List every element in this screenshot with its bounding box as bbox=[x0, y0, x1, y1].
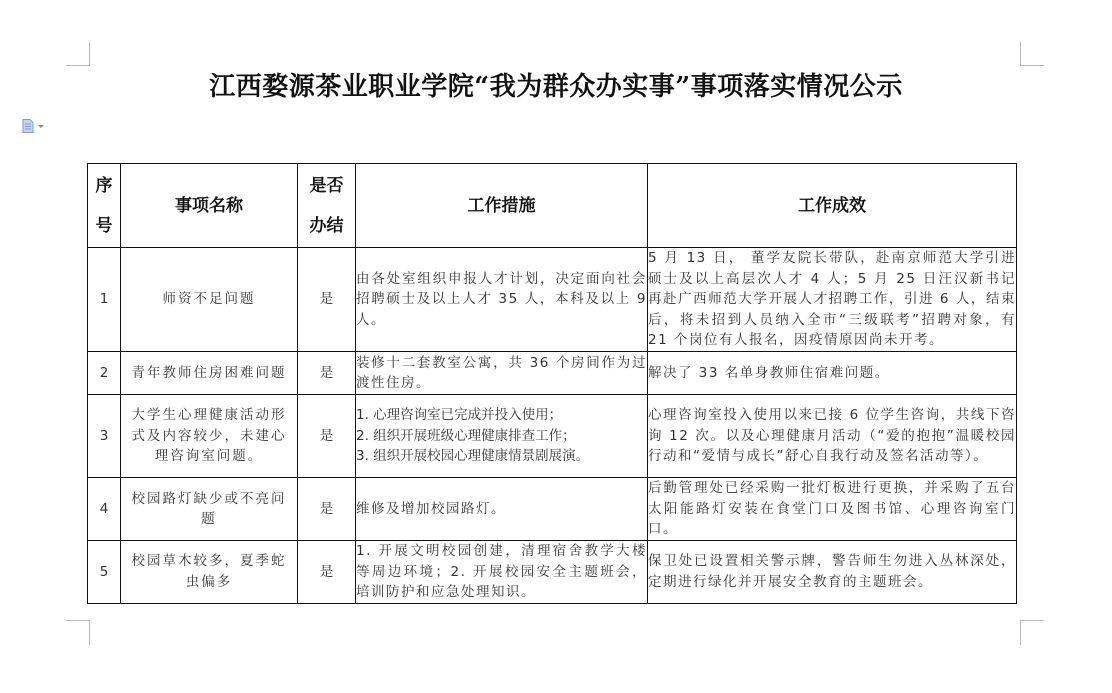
row-item-name: 师资不足问题 bbox=[121, 248, 298, 352]
row-measures: 维修及增加校园路灯。 bbox=[356, 478, 648, 541]
row-measures: 1. 心理咨询室已完成并投入使用； 2. 组织开展班级心理健康排查工作； 3. … bbox=[356, 395, 648, 478]
row-completed: 是 bbox=[298, 395, 356, 478]
row-completed: 是 bbox=[298, 248, 356, 352]
row-results: 保卫处已设置相关警示牌，警告师生勿进入丛林深处，定期进行绿化并开展安全教育的主题… bbox=[648, 541, 1017, 604]
chevron-down-icon bbox=[38, 125, 44, 128]
row-completed: 是 bbox=[298, 541, 356, 604]
row-measures: 装修十二套教室公寓，共 36 个房间作为过渡性住房。 bbox=[356, 352, 648, 395]
table-row: 4 校园路灯缺少或不亮问题 是 维修及增加校园路灯。 后勤管理处已经采购一批灯板… bbox=[88, 478, 1017, 541]
measure-line: 3. 组织开展校园心理健康情景剧展演。 bbox=[356, 446, 647, 467]
page-corner-mark-bottom-left bbox=[66, 620, 90, 645]
row-results: 5 月 13 日， 董学友院长带队，赴南京师范大学引进硕士及以上高层次人才 4 … bbox=[648, 248, 1017, 352]
table-header-row: 序 号 事项名称 是否 办结 工作措施 工作成效 bbox=[88, 164, 1017, 248]
row-completed: 是 bbox=[298, 478, 356, 541]
row-item-name: 校园路灯缺少或不亮问题 bbox=[121, 478, 298, 541]
table-row: 3 大学生心理健康活动形式及内容较少，未建心理咨询室问题。 是 1. 心理咨询室… bbox=[88, 395, 1017, 478]
document-icon bbox=[22, 119, 34, 133]
row-index: 1 bbox=[88, 248, 121, 352]
row-measures: 1. 开展文明校园创建，清理宿舍教学大楼等周边环境；2. 开展校园安全主题班会，… bbox=[356, 541, 648, 604]
row-results: 心理咨询室投入使用以来已接 6 位学生咨询，共线下咨询 12 次。以及心理健康月… bbox=[648, 395, 1017, 478]
page-corner-mark-top-left bbox=[66, 42, 90, 66]
measure-line: 2. 组织开展班级心理健康排查工作； bbox=[356, 426, 647, 447]
row-index: 5 bbox=[88, 541, 121, 604]
row-index: 3 bbox=[88, 395, 121, 478]
row-results: 解决了 33 名单身教师住宿难问题。 bbox=[648, 352, 1017, 395]
row-item-name: 校园草木较多，夏季蛇虫偏多 bbox=[121, 541, 298, 604]
paragraph-options-button[interactable] bbox=[22, 118, 52, 134]
header-results: 工作成效 bbox=[648, 164, 1017, 248]
row-index: 2 bbox=[88, 352, 121, 395]
row-completed: 是 bbox=[298, 352, 356, 395]
table-row: 2 青年教师住房困难问题 是 装修十二套教室公寓，共 36 个房间作为过渡性住房… bbox=[88, 352, 1017, 395]
disclosure-table: 序 号 事项名称 是否 办结 工作措施 工作成效 1 师资不足问题 是 由各处室… bbox=[87, 163, 1017, 604]
page-corner-mark-bottom-right bbox=[1020, 620, 1044, 645]
row-item-name: 青年教师住房困难问题 bbox=[121, 352, 298, 395]
header-item-name: 事项名称 bbox=[121, 164, 298, 248]
row-index: 4 bbox=[88, 478, 121, 541]
header-completed: 是否 办结 bbox=[298, 164, 356, 248]
table-row: 5 校园草木较多，夏季蛇虫偏多 是 1. 开展文明校园创建，清理宿舍教学大楼等周… bbox=[88, 541, 1017, 604]
row-measures: 由各处室组织申报人才计划，决定面向社会招聘硕士及以上人才 35 人，本科及以上 … bbox=[356, 248, 648, 352]
row-item-name: 大学生心理健康活动形式及内容较少，未建心理咨询室问题。 bbox=[121, 395, 298, 478]
document-title: 江西婺源茶业职业学院“我为群众办实事”事项落实情况公示 bbox=[0, 66, 1112, 103]
row-results: 后勤管理处已经采购一批灯板进行更换，并采购了五台太阳能路灯安装在食堂门口及图书馆… bbox=[648, 478, 1017, 541]
header-index: 序 号 bbox=[88, 164, 121, 248]
measure-line: 1. 心理咨询室已完成并投入使用； bbox=[356, 405, 647, 426]
table-row: 1 师资不足问题 是 由各处室组织申报人才计划，决定面向社会招聘硕士及以上人才 … bbox=[88, 248, 1017, 352]
page-corner-mark-top-right bbox=[1020, 42, 1044, 66]
header-measures: 工作措施 bbox=[356, 164, 648, 248]
